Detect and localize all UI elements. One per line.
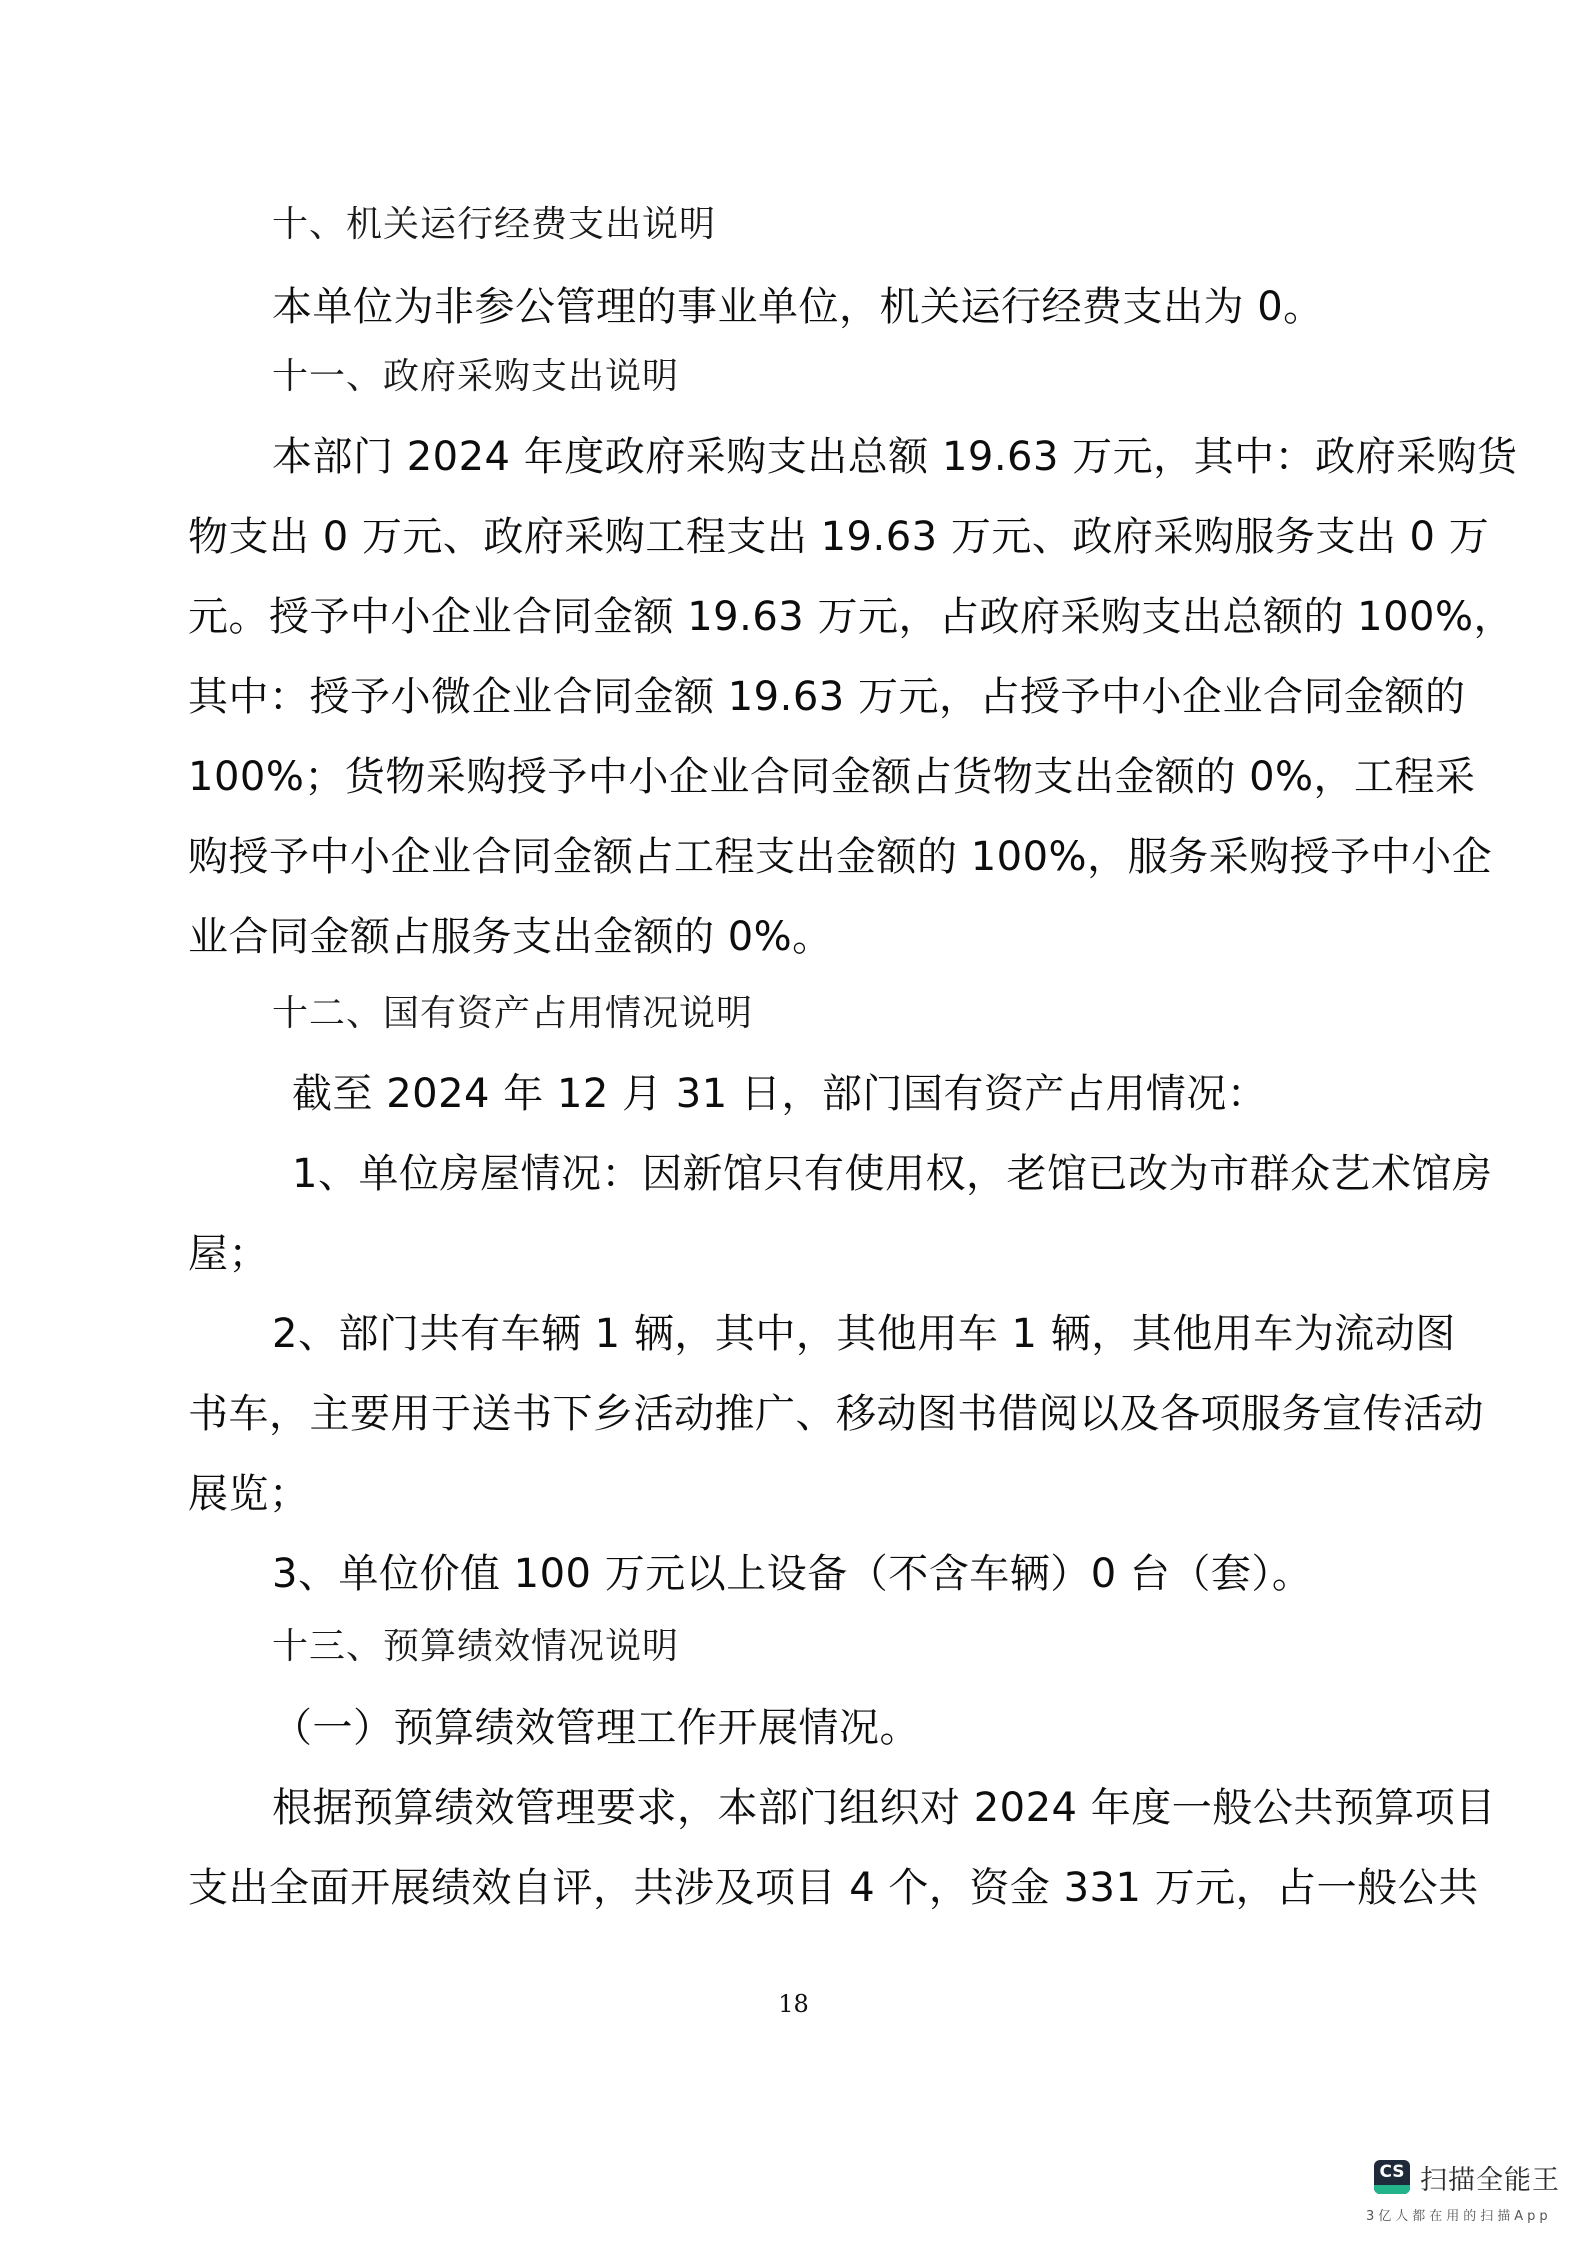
paragraph-line: 其中：授予小微企业合同金额 19.63 万元，占授予中小企业合同金额的 <box>188 665 1430 722</box>
watermark-app-name: 扫描全能王 <box>1420 2158 1560 2197</box>
paragraph-line: 支出全面开展绩效自评，共涉及项目 4 个，资金 331 万元，占一般公共 <box>188 1856 1430 1913</box>
document-page: 十、机关运行经费支出说明 本单位为非参公管理的事业单位，机关运行经费支出为 0。… <box>0 0 1587 2245</box>
paragraph-line: 展览； <box>188 1462 1438 1519</box>
page-number: 18 <box>0 1990 1587 2018</box>
section-heading-11: 十一、政府采购支出说明 <box>272 348 1522 399</box>
paragraph-line: 购授予中小企业合同金额占工程支出金额的 100%，服务采购授予中小企 <box>188 825 1430 882</box>
paragraph-line: 2、部门共有车辆 1 辆，其中，其他用车 1 辆，其他用车为流动图 <box>272 1302 1432 1359</box>
paragraph-line: 业合同金额占服务支出金额的 0%。 <box>188 905 1438 962</box>
paragraph-line: 3、单位价值 100 万元以上设备（不含车辆）0 台（套）。 <box>272 1542 1522 1599</box>
subsection-heading: （一）预算绩效管理工作开展情况。 <box>272 1696 1522 1753</box>
paragraph-line: 物支出 0 万元、政府采购工程支出 19.63 万元、政府采购服务支出 0 万 <box>188 505 1430 562</box>
paragraph-line: 本部门 2024 年度政府采购支出总额 19.63 万元，其中：政府采购货 <box>272 425 1432 482</box>
section-heading-12: 十二、国有资产占用情况说明 <box>272 985 1522 1036</box>
paragraph-line: 100%；货物采购授予中小企业合同金额占货物支出金额的 0%，工程采 <box>188 745 1430 802</box>
paragraph-line: 根据预算绩效管理要求，本部门组织对 2024 年度一般公共预算项目 <box>272 1776 1432 1833</box>
section-heading-10: 十、机关运行经费支出说明 <box>272 196 1522 247</box>
paragraph-line: 1、单位房屋情况：因新馆只有使用权，老馆已改为市群众艺术馆房 <box>292 1142 1430 1199</box>
logo-accent-bar <box>1374 2185 1410 2194</box>
camscanner-logo-icon: CS <box>1374 2160 1410 2194</box>
paragraph-line: 截至 2024 年 12 月 31 日，部门国有资产占用情况： <box>292 1062 1542 1119</box>
paragraph-line: 屋； <box>188 1222 1438 1279</box>
logo-text: CS <box>1374 2162 1410 2182</box>
watermark-tagline: 3亿人都在用的扫描App <box>1366 2205 1552 2224</box>
paragraph-line: 本单位为非参公管理的事业单位，机关运行经费支出为 0。 <box>272 275 1522 332</box>
paragraph-line: 元。授予中小企业合同金额 19.63 万元，占政府采购支出总额的 100%， <box>188 585 1428 642</box>
section-heading-13: 十三、预算绩效情况说明 <box>272 1618 1522 1669</box>
paragraph-line: 书车，主要用于送书下乡活动推广、移动图书借阅以及各项服务宣传活动 <box>188 1382 1430 1439</box>
scanner-watermark: CS 扫描全能王 3亿人都在用的扫描App <box>1374 2160 1574 2240</box>
